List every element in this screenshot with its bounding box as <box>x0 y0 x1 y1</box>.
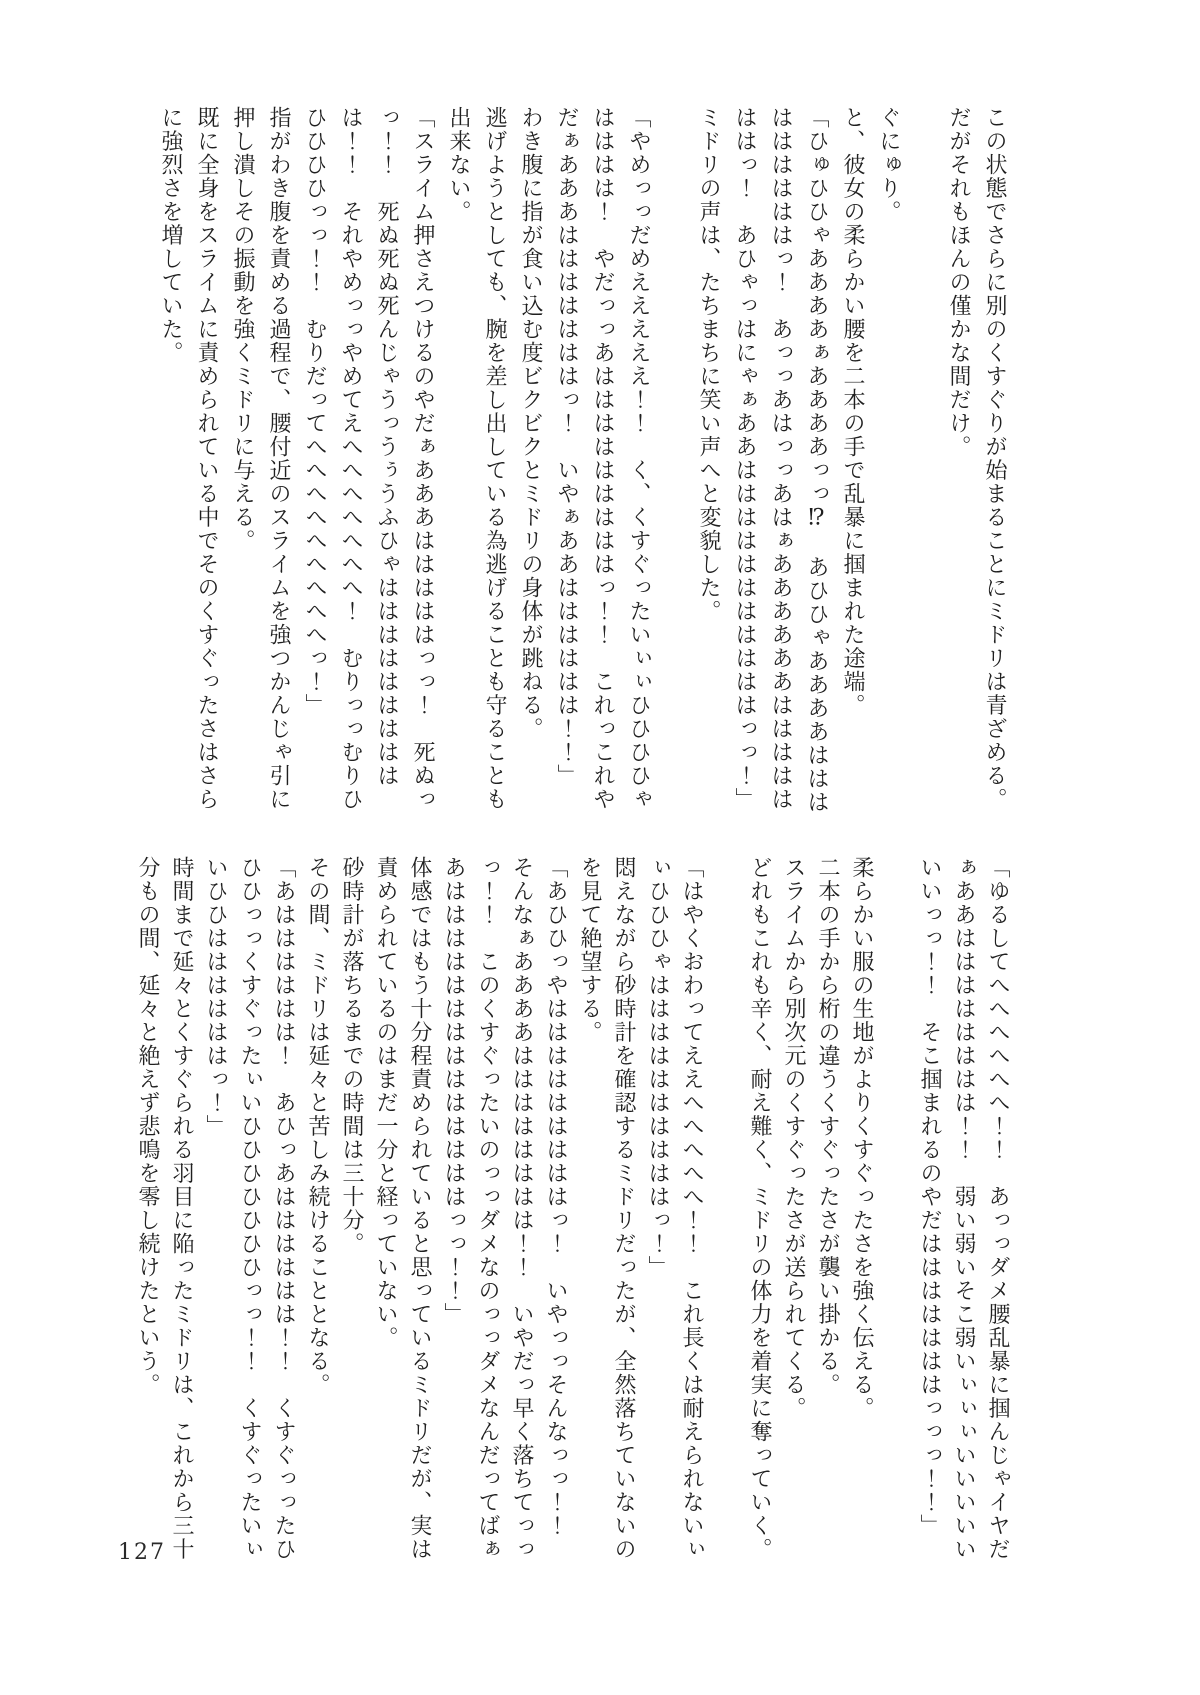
paragraph: 「あはははははは！ あひっあはははははは！！ くすぐっったひひひっっくすぐったぃ… <box>198 856 300 1566</box>
page-number: 127 <box>118 1540 166 1565</box>
paragraph: 指がわき腹を責める過程で、腰付近のスライムを強つかんじゃ引に押し潰しその振動を強… <box>224 106 296 818</box>
top-text-block: この状態でさらに別のくすぐりが始まることにミドリは青ざめる。だがそれもほんの僅か… <box>152 106 1012 818</box>
paragraph: その間、ミドリは延々と苦しみ続けることとなる。 <box>300 856 334 1566</box>
paragraph: 「スライム押さえつけるのやだぁあああはははははっっ！ 死ぬっっ！！ 死ぬ死ぬ死ん… <box>296 106 440 818</box>
paragraph: ミドリの声は、たちまちに笑い声へと変貌した。 <box>690 106 726 818</box>
paragraph: 柔らかい服の生地がよりくすぐったさを強く伝える。 <box>844 856 878 1566</box>
paragraph: 二本の手から桁の違うくすぐったさが襲い掛かる。 <box>810 856 844 1566</box>
paragraph: 砂時計が落ちるまでの時間は三十分。 <box>334 856 368 1566</box>
bottom-text-block: 「ゆるしてへへへへへへ！！ あっっダメ腰乱暴に掴んじゃイヤだぁああははははははは… <box>130 856 1014 1566</box>
paragraph: 「はやくおわってええへへへへへ！！ これ長くは耐えられないぃぃひひひゃははははは… <box>640 856 708 1566</box>
paragraph: この状態でさらに別のくすぐりが始まることにミドリは青ざめる。 <box>976 106 1012 818</box>
paragraph: 体感ではもう十分程責められていると思っているミドリだが、実は責められているのはま… <box>368 856 436 1566</box>
paragraph: 時間まで延々とくすぐられる羽目に陥ったミドリは、これから三十分もの間、延々と絶え… <box>130 856 198 1566</box>
paragraph: ぐにゅり。 <box>870 106 906 818</box>
paragraph: 「ひゅひひゃああああぁああああっっ⁉ あひひゃああああはははははははははっ！ あ… <box>726 106 834 818</box>
paragraph: どれもこれも辛く、耐え難く、ミドリの体力を着実に奪っていく。 <box>742 856 776 1566</box>
paragraph: 「あひひっやはははははははははっ！ いやっっそんなっっ！！ そんなぁああああはは… <box>436 856 572 1566</box>
paragraph: スライムから別次元のくすぐったさが送られてくる。 <box>776 856 810 1566</box>
scanned-page: この状態でさらに別のくすぐりが始まることにミドリは青ざめる。だがそれもほんの僅か… <box>0 0 1200 1695</box>
paragraph: と、彼女の柔らかい腰を二本の手で乱暴に掴まれた途端。 <box>834 106 870 818</box>
paragraph: 悶えながら砂時計を確認するミドリだったが、全然落ちていないのを見て絶望する。 <box>572 856 640 1566</box>
paragraph: だがそれもほんの僅かな間だけ。 <box>940 106 976 818</box>
paragraph: 逃げようとしても、腕を差し出している為逃げることも守ることも出来ない。 <box>440 106 512 818</box>
paragraph: 既に全身をスライムに責められている中でそのくすぐったさはさらに強烈さを増していた… <box>152 106 224 818</box>
paragraph: 「ゆるしてへへへへへへ！！ あっっダメ腰乱暴に掴んじゃイヤだぁああははははははは… <box>912 856 1014 1566</box>
paragraph: わき腹に指が食い込む度ビクビクとミドリの身体が跳ねる。 <box>512 106 548 818</box>
paragraph: 「やめっっだめえええええ！！ く、くすぐったいぃぃひひひひゃはははは！ やだっっ… <box>548 106 656 818</box>
